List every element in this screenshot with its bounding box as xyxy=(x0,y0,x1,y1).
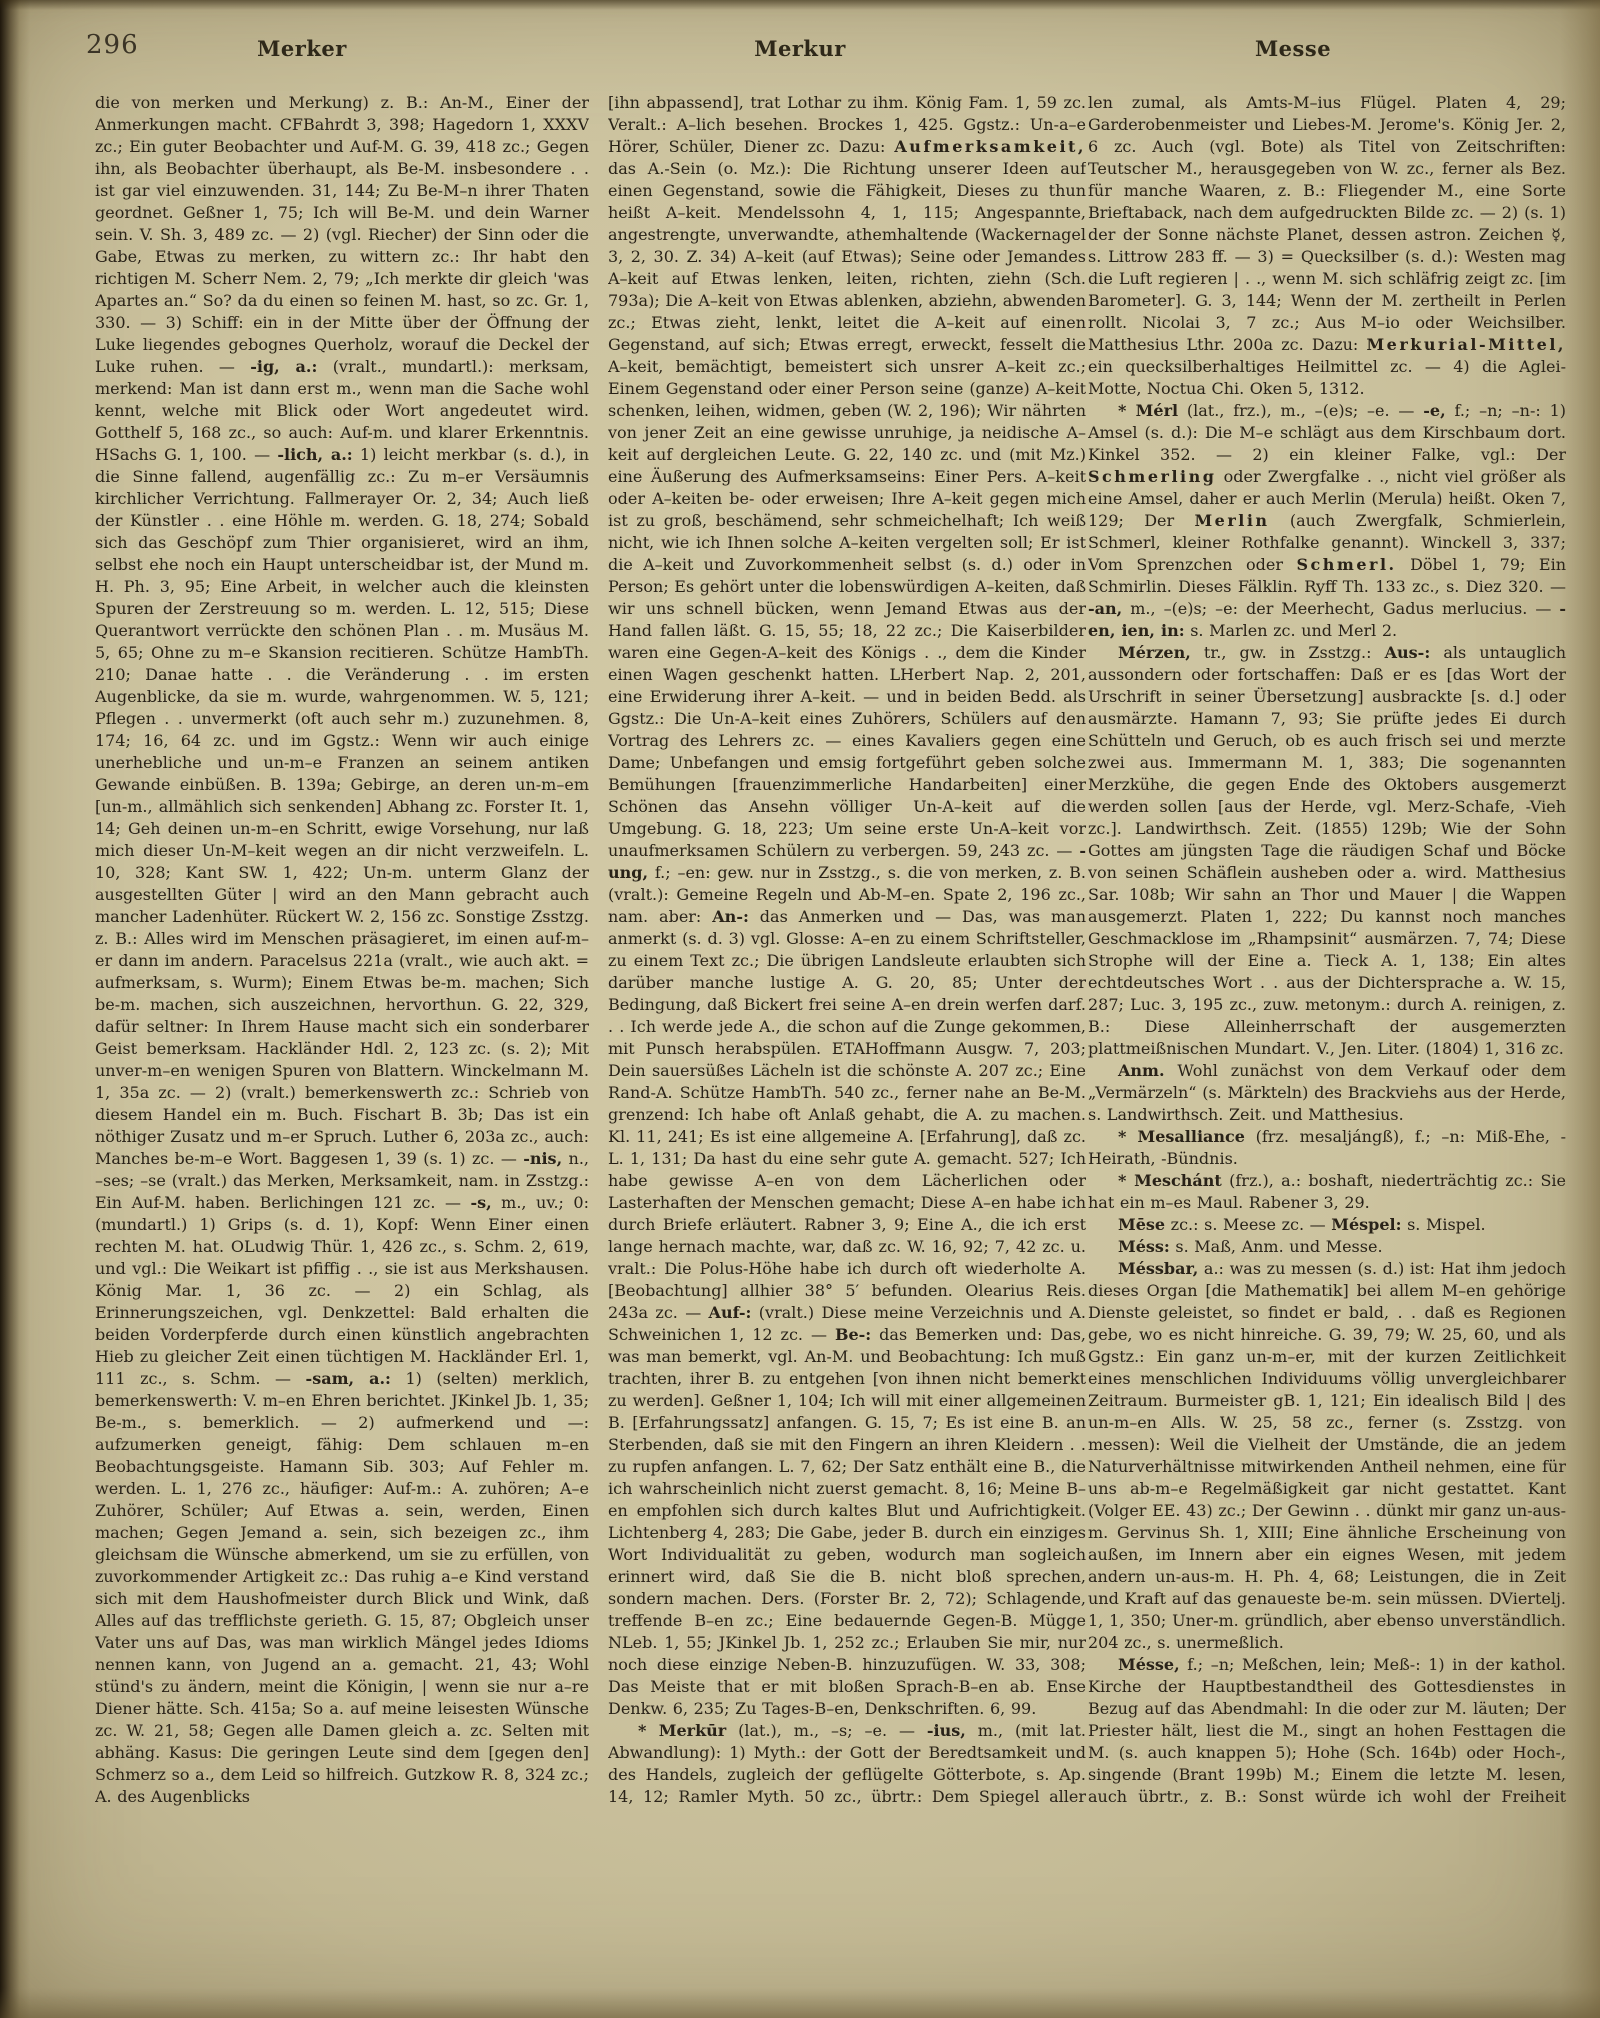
scan-edge-left xyxy=(0,0,30,2018)
headword: Méss: xyxy=(1118,1237,1170,1256)
body-text: m., uv.; 0: (mundartl.) 1) Grips (s. d. … xyxy=(95,1193,589,1388)
body-text: len zumal, als Amts-M–ius Flügel. Platen… xyxy=(1088,93,1566,354)
headword: * Mérl xyxy=(1118,401,1178,420)
scan-edge-bottom xyxy=(0,1988,1600,2018)
headword: * Merkūr xyxy=(638,1721,726,1740)
text-column-middle: [ihn abpassend], trat Lothar zu ihm. Kön… xyxy=(608,92,1086,1808)
headword: -lich, a.: xyxy=(277,445,352,464)
emphasized-word: Aufmerksamkeit, xyxy=(894,137,1086,156)
body-text: 1) leicht merkbar (s. d.), in die Sinne … xyxy=(95,445,589,1168)
entry-paragraph: Anm. Wohl zunächst von dem Verkauf oder … xyxy=(1088,1060,1566,1126)
headword: * Meschánt xyxy=(1118,1171,1222,1190)
page-number: 296 xyxy=(86,30,139,60)
entry-paragraph: * Meschánt (frz.), a.: boshaft, niedertr… xyxy=(1088,1170,1566,1214)
body-text: f.; –n; Meßchen, lein; Meß-: 1) in der k… xyxy=(1088,1655,1566,1808)
headword: Be-: xyxy=(835,1325,871,1344)
body-text: das A.-Sein (o. Mz.): Die Richtung unser… xyxy=(608,159,1086,860)
running-head-merker: Merker xyxy=(192,36,412,61)
headword: Méspel: xyxy=(1331,1215,1401,1234)
body-text: (lat., frz.), m., –(e)s; –e. — xyxy=(1178,401,1423,420)
scan-edge-right xyxy=(1560,0,1600,2018)
headword: -e, xyxy=(1423,401,1445,420)
entry-paragraph: [ihn abpassend], trat Lothar zu ihm. Kön… xyxy=(608,92,1086,1720)
body-text: m., –(e)s; –e: der Meerhecht, Gadus merl… xyxy=(1122,599,1559,618)
body-text: a.: was zu messen (s. d.) ist: Hat ihm j… xyxy=(1088,1259,1566,1652)
body-text: s. Marlen zc. und Merl 2. xyxy=(1185,621,1397,640)
scanned-dictionary-page: 296 Merker Merkur Messe die von merken u… xyxy=(0,0,1600,2018)
body-text: zc.: s. Meese zc. — xyxy=(1165,1215,1331,1234)
headword: Anm. xyxy=(1118,1061,1165,1080)
scan-edge-top xyxy=(0,0,1600,10)
headword: Aus-: xyxy=(1385,643,1431,662)
headword: -s, xyxy=(470,1193,491,1212)
headword: An-: xyxy=(712,907,749,926)
entry-paragraph: Mēse zc.: s. Meese zc. — Méspel: s. Misp… xyxy=(1088,1214,1566,1236)
body-text: s. Mispel. xyxy=(1401,1215,1485,1234)
text-column-left: die von merken und Merkung) z. B.: An-M.… xyxy=(95,92,589,1808)
headword: -ig, a.: xyxy=(250,357,317,376)
entry-paragraph: * Mesalliance (frz. mesaljángß), f.; –n:… xyxy=(1088,1126,1566,1170)
body-text: als untauglich aussondern oder fortschaf… xyxy=(1088,643,1566,1058)
body-text: tr., gw. in Zsstzg.: xyxy=(1191,643,1385,662)
body-text: (lat.), m., –s; –e. — xyxy=(726,1721,927,1740)
entry-paragraph: Méssbar, a.: was zu messen (s. d.) ist: … xyxy=(1088,1258,1566,1654)
body-text: die von merken und Merkung) z. B.: An-M.… xyxy=(95,93,589,376)
emphasized-word: Merlin xyxy=(1194,511,1269,530)
entry-paragraph: len zumal, als Amts-M–ius Flügel. Platen… xyxy=(1088,92,1566,400)
headword: Auf-: xyxy=(709,1303,752,1322)
headword: -nis, xyxy=(523,1149,562,1168)
headword: Mérzen, xyxy=(1118,643,1191,662)
entry-paragraph: Mésse, f.; –n; Meßchen, lein; Meß-: 1) i… xyxy=(1088,1654,1566,1808)
entry-paragraph: Mérzen, tr., gw. in Zsstzg.: Aus-: als u… xyxy=(1088,642,1566,1060)
running-head-merkur: Merkur xyxy=(690,36,910,61)
emphasized-word: Schmerl. xyxy=(1296,555,1396,574)
body-text: s. Maß, Anm. und Messe. xyxy=(1170,1237,1383,1256)
headword: Mēse xyxy=(1118,1215,1165,1234)
emphasized-word: Merkurial-Mittel, xyxy=(1366,335,1566,354)
headword: Mésse, xyxy=(1118,1655,1180,1674)
body-text: ein quecksilberhaltiges Heilmittel zc. —… xyxy=(1088,357,1566,398)
body-text: 1) (selten) merklich, bemerkenswerth: V.… xyxy=(95,1369,589,1806)
text-column-right: len zumal, als Amts-M–ius Flügel. Platen… xyxy=(1088,92,1566,1808)
headword: -sam, a.: xyxy=(306,1369,391,1388)
entry-paragraph: * Mérl (lat., frz.), m., –(e)s; –e. — -e… xyxy=(1088,400,1566,642)
entry-paragraph: Méss: s. Maß, Anm. und Messe. xyxy=(1088,1236,1566,1258)
body-text: das Anmerken und — Das, was man anmerkt … xyxy=(608,907,1086,1322)
emphasized-word: Schmerling xyxy=(1088,467,1216,486)
headword: -ius, xyxy=(927,1721,966,1740)
entry-paragraph: * Merkūr (lat.), m., –s; –e. — -ius, m.,… xyxy=(608,1720,1086,1808)
headword: -an, xyxy=(1088,599,1122,618)
headword: * Mesalliance xyxy=(1118,1127,1245,1146)
running-head-messe: Messe xyxy=(1183,36,1403,61)
body-text: das Bemerken und: Das, was man bemerkt, … xyxy=(608,1325,1086,1718)
entry-paragraph: die von merken und Merkung) z. B.: An-M.… xyxy=(95,92,589,1808)
headword: Méssbar, xyxy=(1118,1259,1198,1278)
